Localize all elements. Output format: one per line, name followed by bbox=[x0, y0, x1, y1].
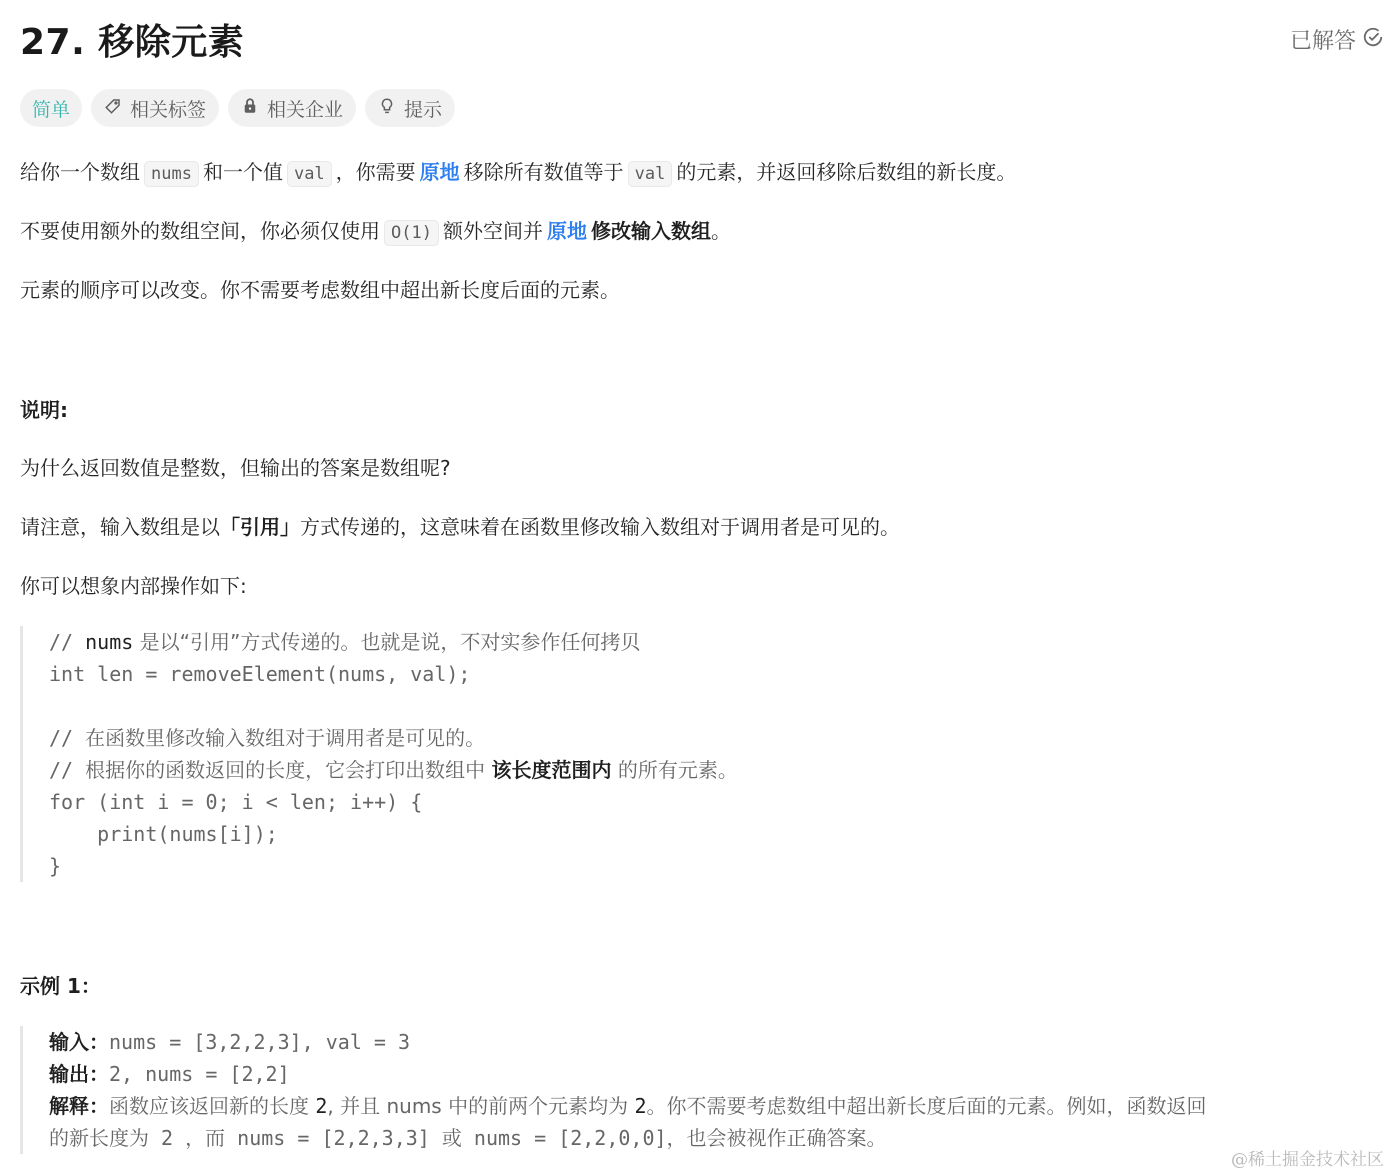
text: 请注意，输入数组是以 bbox=[20, 515, 220, 539]
explanation-heading: 说明: bbox=[20, 394, 68, 423]
inline-code: val bbox=[628, 161, 673, 187]
text: ，你需要 bbox=[336, 160, 416, 184]
text: 方式传递的，这意味着在函数里修改输入数组对于调用者是可见的。 bbox=[300, 515, 900, 539]
emphasis-in-place: 原地 bbox=[420, 160, 460, 184]
example-explain-line: 解释：函数应该返回新的长度 2, 并且 nums 中的前两个元素均为 2。你不需… bbox=[49, 1090, 1207, 1122]
bold-text: 修改输入数组 bbox=[591, 219, 711, 243]
code-line: int len = removeElement(nums, val); bbox=[49, 658, 738, 690]
problem-title: 27. 移除元素 bbox=[20, 14, 244, 65]
related-tags-button[interactable]: 相关标签 bbox=[91, 89, 219, 127]
example-1-heading: 示例 1： bbox=[20, 970, 101, 999]
comment: // bbox=[49, 726, 85, 750]
text: 的元素，并返回移除后数组的新长度。 bbox=[676, 160, 1016, 184]
code-line: print(nums[i]); bbox=[49, 818, 738, 850]
description-paragraph-3: 元素的顺序可以改变。你不需要考虑数组中超出新长度后面的元素。 bbox=[20, 274, 620, 303]
difficulty-badge[interactable]: 简单 bbox=[20, 89, 82, 127]
emphasis-in-place: 原地 bbox=[547, 219, 587, 243]
inline-code: val bbox=[287, 161, 332, 187]
inline-code: nums bbox=[144, 161, 199, 187]
related-tags-label: 相关标签 bbox=[130, 95, 206, 122]
text: 和一个值 bbox=[203, 160, 283, 184]
example-explain-line-2: 的新长度为 2 ，而 nums = [2,2,3,3] 或 nums = [2,… bbox=[49, 1122, 1207, 1154]
watermark: @稀土掘金技术社区 bbox=[1231, 1145, 1384, 1170]
code-token: nums bbox=[85, 630, 133, 654]
explanation-question: 为什么返回数值是整数，但输出的答案是数组呢? bbox=[20, 452, 451, 481]
check-circle-icon bbox=[1362, 26, 1384, 54]
example-input-line: 输入：nums = [3,2,2,3], val = 3 bbox=[49, 1026, 1207, 1058]
explanation-note: 请注意，输入数组是以「引用」方式传递的，这意味着在函数里修改输入数组对于调用者是… bbox=[20, 511, 900, 540]
bold-text: 该长度范围内 bbox=[491, 758, 611, 782]
code-block: // nums 是以“引用”方式传递的。也就是说，不对实参作任何拷贝int le… bbox=[20, 626, 738, 882]
explain-number: 2 bbox=[315, 1094, 327, 1118]
lightbulb-icon bbox=[378, 97, 396, 120]
related-companies-label: 相关企业 bbox=[267, 95, 343, 122]
code-line bbox=[49, 690, 738, 722]
related-companies-button[interactable]: 相关企业 bbox=[228, 89, 356, 127]
explain-text: 函数应该返回新的长度 bbox=[109, 1094, 315, 1118]
lock-icon bbox=[241, 97, 259, 120]
explain-label: 解释： bbox=[49, 1094, 109, 1118]
text: 移除所有数值等于 bbox=[464, 160, 624, 184]
explain-text: , 并且 nums 中的前两个元素均为 bbox=[327, 1094, 634, 1118]
bold-text: 「引用」 bbox=[220, 515, 300, 539]
text: 给你一个数组 bbox=[20, 160, 140, 184]
input-label: 输入： bbox=[49, 1030, 109, 1054]
code-line: // nums 是以“引用”方式传递的。也就是说，不对实参作任何拷贝 bbox=[49, 626, 738, 658]
explain-number: 2 bbox=[634, 1094, 646, 1118]
comment: 根据你的函数返回的长度，它会打印出数组中 bbox=[85, 758, 491, 782]
hint-button[interactable]: 提示 bbox=[365, 89, 455, 127]
tag-row: 简单 相关标签 相关企业 提示 bbox=[20, 89, 455, 127]
explain-text: 。你不需要考虑数组中超出新长度后面的元素。例如，函数返回 bbox=[647, 1094, 1207, 1118]
hint-label: 提示 bbox=[404, 95, 442, 122]
description-paragraph-1: 给你一个数组nums和一个值val，你需要原地移除所有数值等于val的元素，并返… bbox=[20, 156, 1016, 185]
output-label: 输出： bbox=[49, 1062, 109, 1086]
comment: 的所有元素。 bbox=[611, 758, 737, 782]
code-line: // 在函数里修改输入数组对于调用者是可见的。 bbox=[49, 722, 738, 754]
text: 不要使用额外的数组空间，你必须仅使用 bbox=[20, 219, 380, 243]
input-value: nums = [3,2,2,3], val = 3 bbox=[109, 1030, 410, 1054]
solved-label: 已解答 bbox=[1290, 24, 1356, 55]
comment: 是以“引用”方式传递的。也就是说，不对实参作任何拷贝 bbox=[133, 630, 640, 654]
example-1-block: 输入：nums = [3,2,2,3], val = 3输出：2, nums =… bbox=[20, 1026, 1207, 1154]
solved-status: 已解答 bbox=[1290, 24, 1384, 55]
difficulty-label: 简单 bbox=[32, 95, 70, 122]
description-paragraph-2: 不要使用额外的数组空间，你必须仅使用O(1)额外空间并原地修改输入数组。 bbox=[20, 215, 731, 244]
tag-icon bbox=[104, 97, 122, 120]
comment: 在函数里修改输入数组对于调用者是可见的。 bbox=[85, 726, 485, 750]
example-output-line: 输出：2, nums = [2,2] bbox=[49, 1058, 1207, 1090]
explanation-imagine: 你可以想象内部操作如下: bbox=[20, 570, 247, 599]
comment: // bbox=[49, 758, 85, 782]
text: 额外空间并 bbox=[443, 219, 543, 243]
code-line: // 根据你的函数返回的长度，它会打印出数组中 该长度范围内 的所有元素。 bbox=[49, 754, 738, 786]
text: 。 bbox=[711, 219, 731, 243]
inline-code: O(1) bbox=[384, 220, 439, 246]
output-value: 2, nums = [2,2] bbox=[109, 1062, 290, 1086]
code-line: for (int i = 0; i < len; i++) { bbox=[49, 786, 738, 818]
comment: // bbox=[49, 630, 85, 654]
code-line: } bbox=[49, 850, 738, 882]
